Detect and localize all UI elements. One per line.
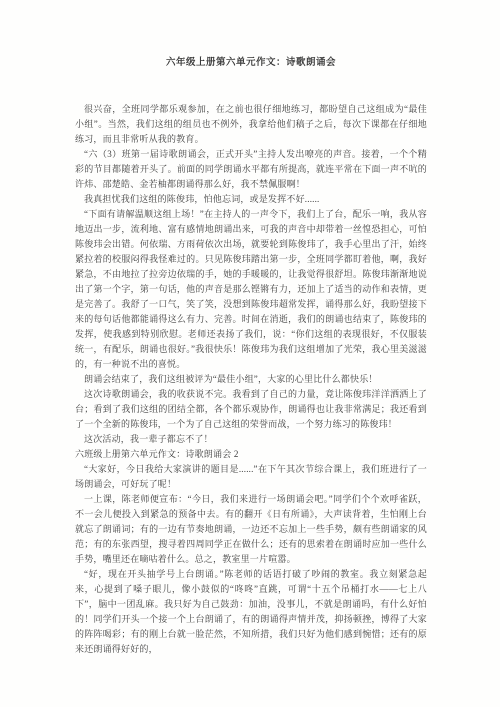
essay1-paragraph-7: 这次活动，我一辈子都忘不了！ [75,432,427,447]
essay1-paragraph-5: 朗诵会结束了，我们这组被评为“最佳小组”，大家的心里比什么都快乐！ [75,372,427,387]
document-page: 六年级上册第六单元作文：诗歌朗诵会 很兴奋，全班同学都乐观参加，在之前也很仔细地… [0,0,500,707]
essay2-heading: 六班级上册第六单元作文：诗歌朗诵会 2 [75,447,427,462]
essay1-paragraph-4: “下面有请解温顺这组上场！”在主持人的一声令下，我们上了台，配乐一响，我从容地迈… [75,207,427,372]
document-title: 六年级上册第六单元作文：诗歌朗诵会 [75,56,427,71]
essay1-paragraph-2: “六（3）班第一届诗歌朗诵会，正式开头”主持人发出嘹亮的声音。接着，一个个精彩的… [75,147,427,192]
essay1-paragraph-3: 我真担忧我们这组的陈俊玮，怕他忘词，或是发挥不好...... [75,192,427,207]
essay2-paragraph-2: 一上课，陈老师便宣布：“今日，我们来进行一场朗诵会吧。”同学们个个欢呼雀跃，不一… [75,492,427,567]
essay1-paragraph-6: 这次诗歌朗诵会，我的收获说不完。我看到了自己的力量，竟让陈俊玮洋洋洒洒上了台；看… [75,387,427,432]
essay2-paragraph-3: “好，现在开头抽学号上台朗诵。”陈老师的话语打破了吵闹的教室。我立刻紧急起来，心… [75,567,427,657]
essay2-paragraph-1: “大家好，今日我给大家演讲的题目是......”在下午其次节综合课上，我们班进行… [75,462,427,492]
essay1-paragraph-1: 很兴奋，全班同学都乐观参加，在之前也很仔细地练习，都盼望自己这组成为“最佳小组”… [75,102,427,147]
